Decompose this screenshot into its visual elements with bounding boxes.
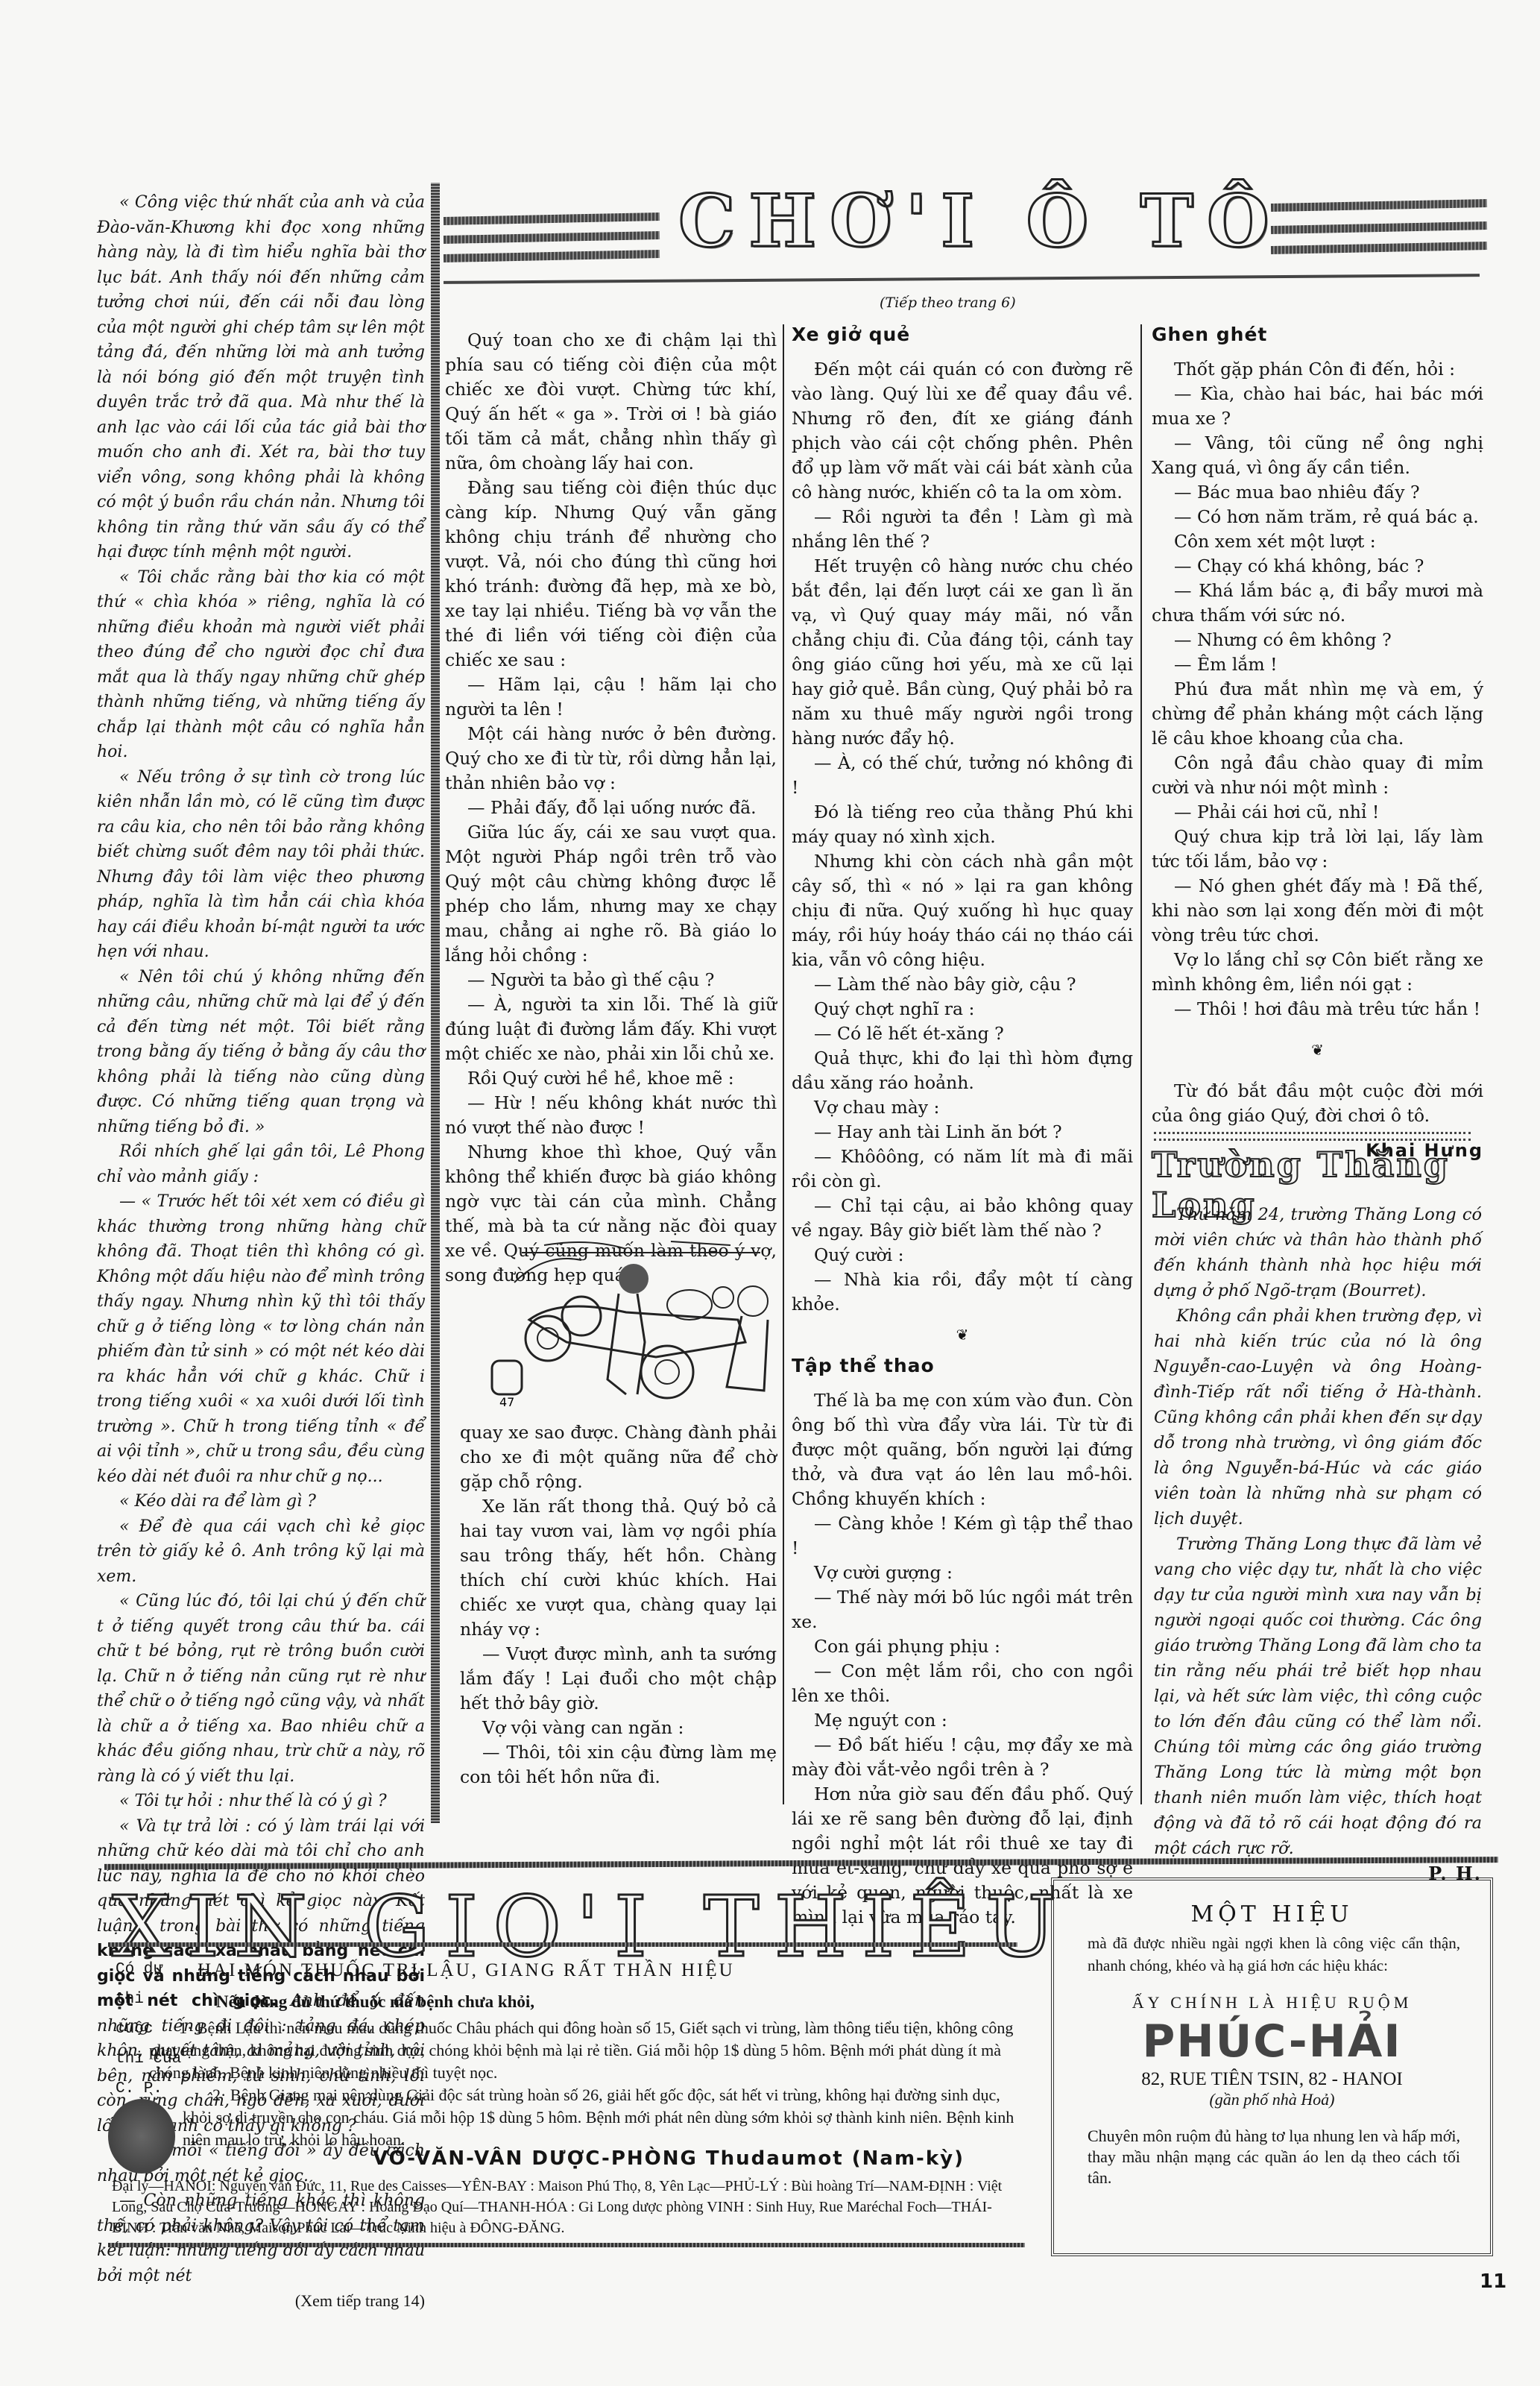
paragraph: — Người ta bảo gì thế cậu ? [445,968,777,992]
column-divider [783,324,784,1804]
paragraph: — Thôi ! hơi đâu mà trêu tức hắn ! [1152,997,1483,1022]
paragraph: — Có lẽ hết ét-xăng ? [792,1022,1133,1046]
paragraph: Đó là tiếng reo của thằng Phú khi máy qu… [792,800,1133,849]
paragraph: Vợ lo lắng chỉ sợ Côn biết rằng xe mình … [1152,948,1483,997]
ad-agents: Đại lý—HANOI: Nguyễn văn Đức, 11, Rue de… [112,2176,1025,2238]
paragraph: — Thế này mới bõ lúc ngồi mát trên xe. [792,1585,1133,1634]
title-stripe [444,213,660,225]
paragraph: « Cũng lúc đó, tôi lại chú ý đến chữ t ở… [97,1589,425,1789]
ad-bottom-rule [108,2243,1025,2247]
paragraph: « Công việc thứ nhất của anh và của Đào-… [97,190,425,565]
ad-item-1: 1· Bệnh Lậu thì nên mau mau dùng thuốc C… [149,2017,1021,2084]
column-divider [431,183,440,1823]
paragraph: — Nhưng có êm không ? [1152,628,1483,652]
paragraph: — Hay anh tài Linh ăn bớt ? [792,1120,1133,1145]
article-column-1-cont: quay xe sao được. Chàng đành phải cho xe… [460,1420,777,1789]
title-stripe [1271,221,1487,234]
paragraph: Quý chưa kịp trả lời lại, lấy làm tức tố… [1152,825,1483,874]
ad-subheadline: Nếu dùng đủ thứ thuốc mà bệnh chưa khỏi, [216,1991,534,2013]
page-number: 11 [1480,2270,1506,2293]
section-heading: Xe giở quẻ [792,322,1133,347]
paragraph: « Nên tôi chú ý không những đến những câ… [97,965,425,1140]
car-illustration: 47 [477,1230,775,1409]
paragraph: — Con mệt lắm rồi, cho con ngồi lên xe t… [792,1659,1133,1708]
paragraph: Quý chợt nghĩ ra : [792,997,1133,1022]
paragraph: — Vâng, tôi cũng nể ông nghị Xang quá, v… [1152,431,1483,480]
paragraph: — Khá lắm bác ạ, đi bẩy mươi mà chưa thấ… [1152,579,1483,628]
paragraph: Thứ năm 24, trường Thăng Long có mời viê… [1154,1202,1482,1303]
title-stripe [1271,199,1487,212]
paragraph: — Phải đấy, đỗ lại uống nước đã. [445,796,777,820]
ornament-icon: ❦ [792,1323,1133,1347]
paragraph: Một cái hàng nước ở bên đường. Quý cho x… [445,722,777,796]
paragraph: — Chỉ tại cậu, ai bảo không quay về ngay… [792,1194,1133,1243]
paragraph: quay xe sao được. Chàng đành phải cho xe… [460,1420,777,1494]
svg-text:47: 47 [499,1395,514,1409]
ad-box-title: MỘT HIỆU [1054,1901,1490,1927]
paragraph: — Nó ghen ghét đấy mà ! Đã thế, khi nào … [1152,874,1483,948]
paragraph: — Bác mua bao nhiêu đấy ? [1152,480,1483,505]
paragraph: — Càng khỏe ! Kém gì tập thể thao ! [792,1511,1133,1561]
wavy-divider [1154,1132,1471,1141]
article-column-2: Xe giở quẻ Đến một cái quán có con đường… [792,322,1133,1930]
paragraph: — À, có thế chứ, tưởng nó không đi ! [792,751,1133,800]
article-column-3: Ghen ghét Thốt gặp phán Côn đi đến, hỏi … [1152,322,1483,1163]
continued-from: (Tiếp theo trang 6) [880,291,1016,316]
paragraph: Xe lăn rất thong thả. Quý bỏ cả hai tay … [460,1494,777,1642]
paragraph: Hết truyện cô hàng nước chu chéo bắt đền… [792,554,1133,751]
paragraph: Giữa lúc ấy, cái xe sau vượt qua. Một ng… [445,820,777,968]
paragraph: Quý toan cho xe đi chậm lại thì phía sau… [445,328,777,476]
title-stripe [444,231,660,244]
paragraph: Không cần phải khen trường đẹp, vì hai n… [1154,1303,1482,1532]
paragraph: Quý cười : [792,1243,1133,1268]
paragraph: Quả thực, khi đo lại thì hòm đựng dầu xă… [792,1046,1133,1095]
ad-box-intro: mà đã được nhiều ngài ngợi khen là công … [1088,1932,1460,1977]
paragraph: Phú đưa mắt nhìn mẹ và em, ý chừng để ph… [1152,677,1483,751]
ornament-icon: ❦ [1152,1038,1483,1063]
paragraph: Thốt gặp phán Côn đi đến, hỏi : [1152,357,1483,382]
paragraph: Con gái phụng phịu : [792,1634,1133,1659]
paragraph: — Phải cái hơi cũ, nhỉ ! [1152,800,1483,825]
paragraph: Đến một cái quán có con đường rẽ vào làn… [792,357,1133,505]
paragraph: Rồi Quý cười hề hề, khoe mẽ : [445,1066,777,1091]
ad-box-tagline: ẤY CHÍNH LÀ HIỆU RUỘM [1054,1993,1490,2012]
paragraph: Rồi nhích ghế lại gần tôi, Lê Phong chỉ … [97,1139,425,1189]
paragraph: Vợ chau mày : [792,1095,1133,1120]
paragraph: — Khôôông, có năm lít mà đi mãi rồi còn … [792,1145,1133,1194]
ad-brand: VÕ-VĂN-VÂN DƯỢC-PHÒNG Thudaumot (Nam-kỳ) [373,2147,965,2170]
section-heading: Tập thể thao [792,1353,1133,1378]
article-column-1: Quý toan cho xe đi chậm lại thì phía sau… [445,328,777,1288]
ad-item-2: 2· Bệnh Giang mai nên dùng Giải độc sát … [149,2084,1021,2151]
ad-box-address: 82, RUE TIÊN TSIN, 82 - HANOI [1054,2069,1490,2090]
article-title: CHƠ'I Ô TÔ [678,179,1283,263]
paragraph: Vợ cười gượng : [792,1561,1133,1585]
title-stripe [1271,242,1487,254]
section-heading: Ghen ghét [1152,322,1483,347]
paragraph: — Vượt được mình, anh ta sướng lắm đấy !… [460,1642,777,1716]
paragraph: Trường Thăng Long thực đã làm vẻ vang ch… [1154,1532,1482,1861]
ad-headline: HAI MÓN THUỐC TRỊ LẬU, GIANG RẤT THẦN HI… [198,1960,735,1982]
ad-box-near: (gần phố nhà Hoả) [1054,2090,1490,2109]
paragraph: Vợ vội vàng can ngăn : [460,1716,777,1740]
paragraph: « Tôi tự hỏi : như thế là có ý gì ? [97,1789,425,1814]
paragraph: « Nếu trông ở sự tình cờ trong lúc kiên … [97,765,425,965]
paragraph: — Kìa, chào hai bác, hai bác mới mua xe … [1152,382,1483,431]
paragraph: — « Trước hết tôi xét xem có điều gì khá… [97,1189,425,1489]
paragraph: Từ đó bắt đầu một cuộc đời mới của ông g… [1152,1079,1483,1128]
paragraph: Đằng sau tiếng còi điện thúc dục càng kí… [445,476,777,673]
title-stripe [444,250,660,262]
phuc-hai-ad: MỘT HIỆU mà đã được nhiều ngài ngợi khen… [1051,1877,1493,2256]
ad-box-brand: PHÚC-HẢI [1054,2015,1490,2068]
paragraph: Mẹ nguýt con : [792,1708,1133,1733]
paragraph: — Hãm lại, cậu ! hãm lại cho người ta lê… [445,673,777,722]
paragraph: — Êm lắm ! [1152,652,1483,677]
paragraph: Nhưng khi còn cách nhà gần một cây số, t… [792,849,1133,972]
paragraph: « Tôi chắc rằng bài thơ kia có một thứ «… [97,565,425,765]
paragraph: « Kéo dài ra để làm gì ? [97,1489,425,1514]
paragraph: Côn xem xét một lượt : [1152,529,1483,554]
column-divider [1140,324,1142,1804]
continued-note[interactable]: (Xem tiếp trang 14) [97,2288,425,2314]
paragraph: Thế là ba mẹ con xúm vào đun. Còn ông bố… [792,1388,1133,1511]
paragraph: — Thôi, tôi xin cậu đừng làm mẹ con tôi … [460,1740,777,1789]
paragraph: — Nhà kia rồi, đẩy một tí càng khỏe. [792,1268,1133,1317]
ad-box-desc: Chuyên môn ruộm đủ hàng tơ lụa nhung len… [1088,2126,1460,2188]
paragraph: — À, người ta xin lỗi. Thế là giữ đúng l… [445,992,777,1066]
ad-body: 1· Bệnh Lậu thì nên mau mau dùng thuốc C… [149,2017,1021,2151]
paragraph: — Đồ bất hiếu ! cậu, mợ đẩy xe mà mày đò… [792,1733,1133,1782]
paragraph: « Để đè qua cái vạch chì kẻ giọc trên tờ… [97,1514,425,1590]
ad-title-rule [108,1942,1017,1947]
paragraph: — Có hơn năm trăm, rẻ quá bác ạ. [1152,505,1483,529]
paragraph: Côn ngả đầu chào quay đi mỉm cười và như… [1152,751,1483,800]
paragraph: — Làm thế nào bây giờ, cậu ? [792,972,1133,997]
paragraph: — Chạy có khá không, bác ? [1152,554,1483,579]
title-underline [444,274,1480,284]
paragraph: — Hừ ! nếu không khát nước thì nó vượt t… [445,1091,777,1140]
paragraph: — Rồi người ta đền ! Làm gì mà nhắng lên… [792,505,1133,554]
news-body: Thứ năm 24, trường Thăng Long có mời viê… [1154,1202,1482,1886]
